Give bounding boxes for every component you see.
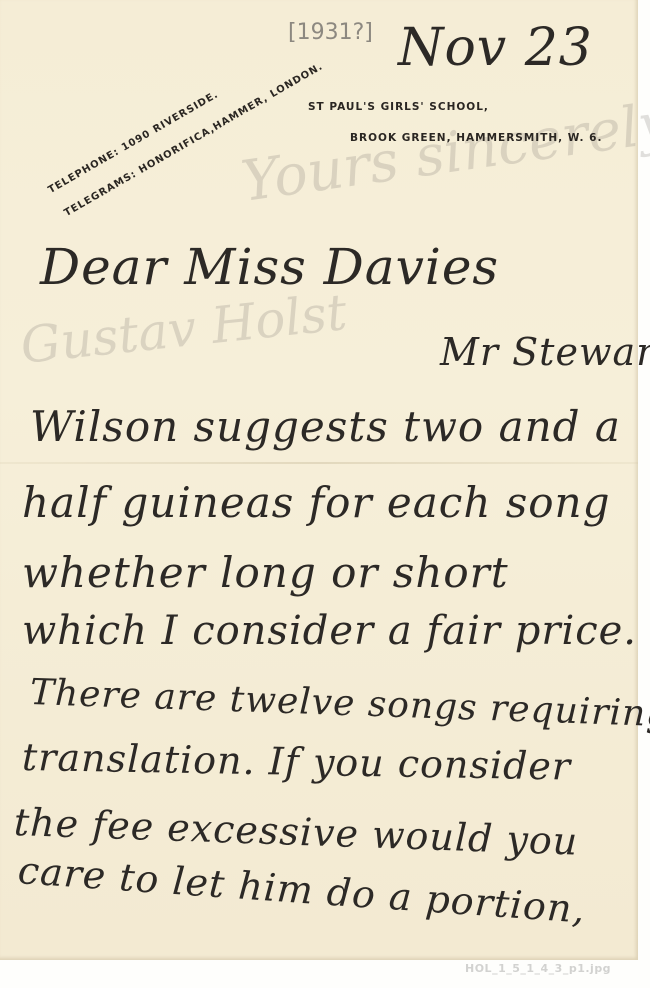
body-line-7: translation. If you consider bbox=[22, 735, 572, 789]
body-line-2: Wilson suggests two and a bbox=[30, 402, 621, 451]
body-line-5: which I consider a fair price. bbox=[22, 608, 637, 654]
salutation: Dear Miss Davies bbox=[40, 238, 499, 296]
letter-page: Yours sincerely Gustav Holst TELEPHONE: … bbox=[0, 0, 638, 960]
body-line-3: half guineas for each song bbox=[22, 478, 611, 527]
letterhead-address: BROOK GREEN, HAMMERSMITH, W. 6. bbox=[350, 132, 602, 144]
body-line-6: There are twelve songs requiring bbox=[29, 672, 650, 735]
archival-date-annotation: [1931?] bbox=[288, 20, 373, 45]
document-frame: Yours sincerely Gustav Holst TELEPHONE: … bbox=[0, 0, 650, 988]
letterhead-school-name: ST PAUL'S GIRLS' SCHOOL, bbox=[308, 101, 489, 113]
paper-fold-line bbox=[0, 462, 638, 464]
image-filename-watermark: HOL_1_5_1_4_3_p1.jpg bbox=[465, 962, 611, 975]
show-through-signature: Gustav Holst bbox=[18, 283, 350, 375]
letter-date: Nov 23 bbox=[398, 18, 593, 78]
body-line-1: Mr Stewart bbox=[440, 330, 650, 374]
body-line-4: whether long or short bbox=[22, 548, 509, 597]
